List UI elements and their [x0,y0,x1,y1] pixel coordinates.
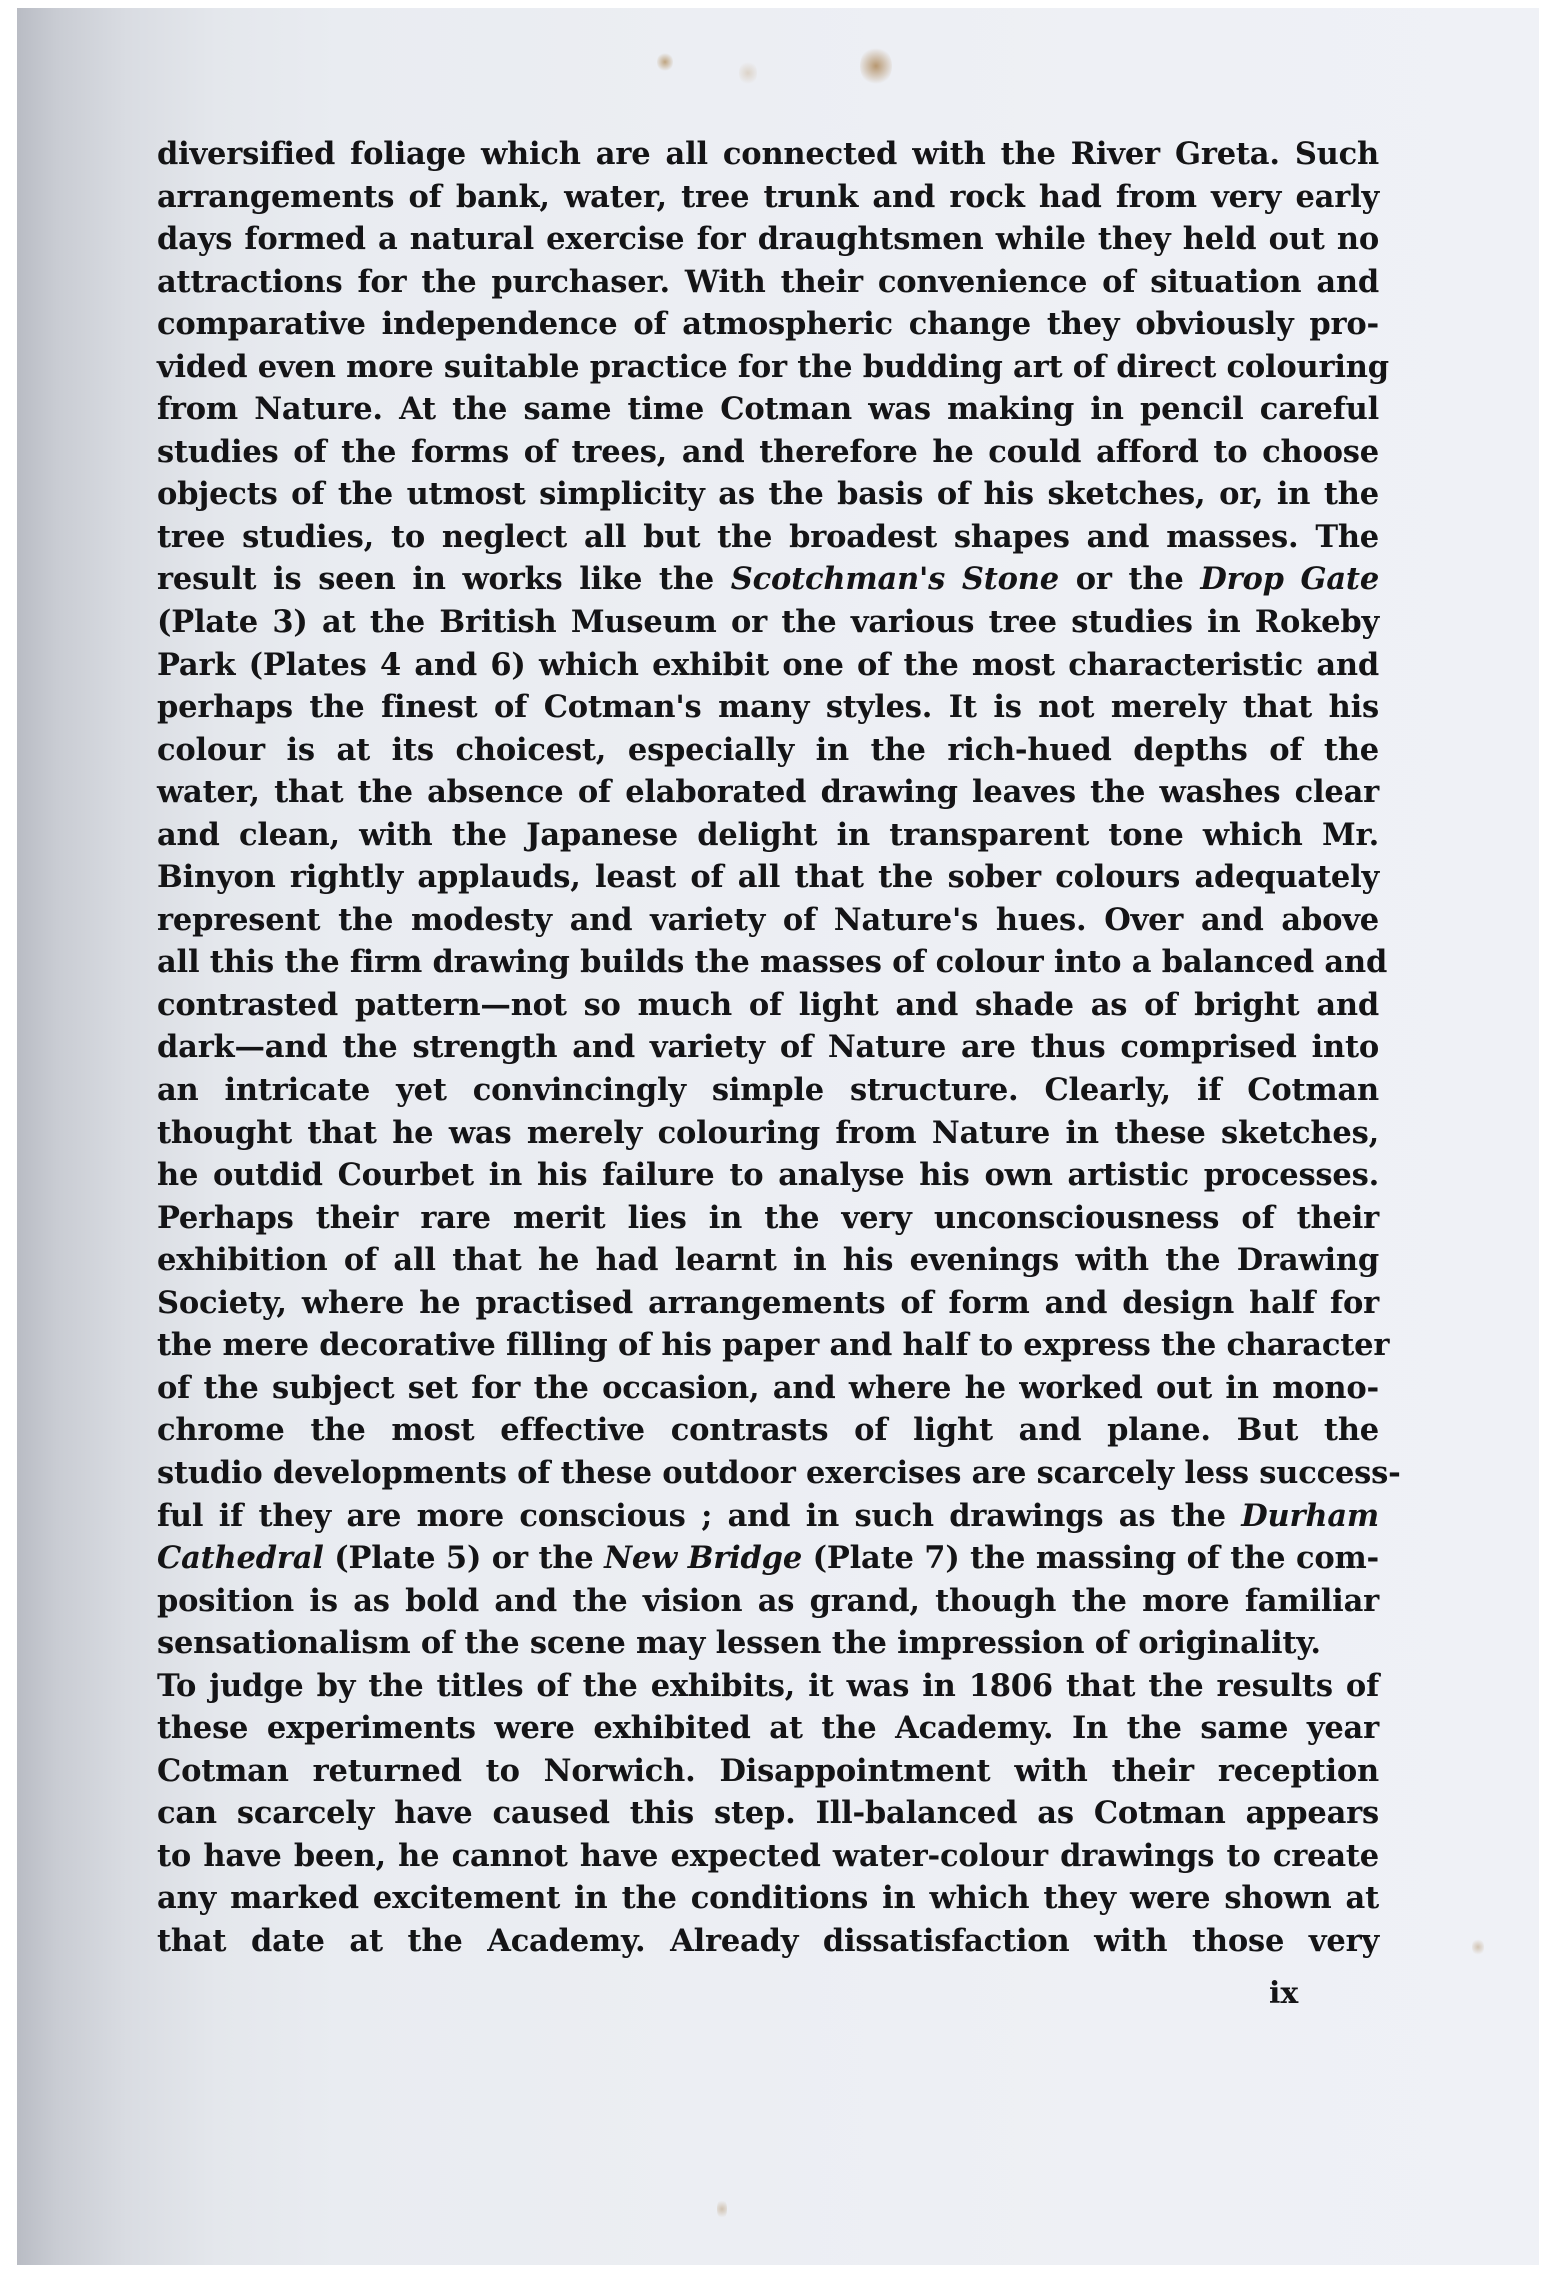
text-line: days formed a natural exercise for draug… [157,218,1379,261]
text-line: represent the modesty and variety of Nat… [157,899,1379,942]
text-segment: chrome the most effective contrasts of l… [157,1412,1379,1448]
text-line: objects of the utmost simplicity as the … [157,473,1379,516]
text-segment: of the subject set for the occasion, and… [157,1370,1379,1406]
foxing-stain [717,2198,727,2220]
page-number: ix [1269,1976,1298,2011]
text-line: Perhaps their rare merit lies in the ver… [157,1197,1379,1240]
text-segment: (Plate 5) or the [324,1540,605,1576]
text-segment: position is as bold and the vision as gr… [157,1583,1379,1619]
text-segment: attractions for the purchaser. With thei… [157,264,1379,300]
text-line: any marked excitement in the conditions … [157,1877,1379,1920]
text-segment: vided even more suitable practice for th… [157,349,1389,385]
foxing-stain [739,60,757,86]
text-line: the mere decorative filling of his paper… [157,1324,1379,1367]
text-segment: To judge by the titles of the exhibits, … [157,1668,1379,1704]
text-segment: objects of the utmost simplicity as the … [157,476,1379,512]
text-segment: contrasted pattern—not so much of light … [157,987,1379,1023]
artwork-title: Cathedral [157,1540,324,1576]
text-line: water, that the absence of elaborated dr… [157,771,1379,814]
text-line: comparative independence of atmospheric … [157,303,1379,346]
text-segment: Perhaps their rare merit lies in the ver… [157,1200,1379,1236]
text-segment: represent the modesty and variety of Nat… [157,902,1379,938]
text-line: Cotman returned to Norwich. Disappointme… [157,1750,1379,1793]
body-text: diversified foliage which are all connec… [157,133,1379,1963]
text-segment: result is seen in works like the [157,561,731,597]
text-segment: ful if they are more conscious ; and in … [157,1498,1241,1534]
text-segment: these experiments were exhibited at the … [157,1710,1379,1746]
text-segment: comparative independence of atmospheric … [157,306,1379,342]
text-segment: studies of the forms of trees, and there… [157,434,1379,470]
text-line: diversified foliage which are all connec… [157,133,1379,176]
text-line: contrasted pattern—not so much of light … [157,984,1379,1027]
text-line: arrangements of bank, water, tree trunk … [157,176,1379,219]
text-segment: diversified foliage which are all connec… [157,136,1379,172]
text-segment: he outdid Courbet in his failure to anal… [157,1157,1379,1193]
text-segment: tree studies, to neglect all but the bro… [157,519,1379,555]
text-segment: all this the firm drawing builds the mas… [157,944,1387,980]
text-segment: Society, where he practised arrangements… [157,1285,1379,1321]
text-line: colour is at its choicest, especially in… [157,729,1379,772]
text-line: ful if they are more conscious ; and in … [157,1495,1379,1538]
text-line: exhibition of all that he had learnt in … [157,1239,1379,1282]
text-line: Binyon rightly applauds, least of all th… [157,856,1379,899]
text-segment: the mere decorative filling of his paper… [157,1327,1389,1363]
text-line: vided even more suitable practice for th… [157,346,1379,389]
text-segment: perhaps the finest of Cotman's many styl… [157,689,1379,725]
text-line: sensationalism of the scene may lessen t… [157,1622,1379,1665]
text-segment: (Plate 7) the massing of the com- [802,1540,1379,1576]
text-line: he outdid Courbet in his failure to anal… [157,1154,1379,1197]
text-segment: or the [1059,561,1200,597]
text-segment: exhibition of all that he had learnt in … [157,1242,1379,1278]
text-line: dark—and the strength and variety of Nat… [157,1026,1379,1069]
text-segment: studio developments of these outdoor exe… [157,1455,1401,1491]
artwork-title: New Bridge [604,1540,802,1576]
text-line: these experiments were exhibited at the … [157,1707,1379,1750]
text-line: that date at the Academy. Already dissat… [157,1920,1379,1963]
text-line: can scarcely have caused this step. Ill-… [157,1792,1379,1835]
text-line: (Plate 3) at the British Museum or the v… [157,601,1379,644]
text-segment: can scarcely have caused this step. Ill-… [157,1795,1379,1831]
text-segment: days formed a natural exercise for draug… [157,221,1379,257]
foxing-stain [657,52,673,72]
text-segment: Cotman returned to Norwich. Disappointme… [157,1753,1379,1789]
text-segment: water, that the absence of elaborated dr… [157,774,1379,810]
text-segment: any marked excitement in the conditions … [157,1880,1379,1916]
text-segment: arrangements of bank, water, tree trunk … [157,179,1379,215]
text-segment: (Plate 3) at the British Museum or the v… [157,604,1379,640]
text-segment: an intricate yet convincingly simple str… [157,1072,1379,1108]
text-segment: and clean, with the Japanese delight in … [157,817,1379,853]
text-line: studies of the forms of trees, and there… [157,431,1379,474]
text-line: tree studies, to neglect all but the bro… [157,516,1379,559]
text-segment: dark—and the strength and variety of Nat… [157,1029,1379,1065]
artwork-title: Durham [1241,1498,1379,1534]
text-segment: sensationalism of the scene may lessen t… [157,1625,1321,1661]
text-line: attractions for the purchaser. With thei… [157,261,1379,304]
book-page: diversified foliage which are all connec… [17,8,1539,2265]
text-segment: from Nature. At the same time Cotman was… [157,391,1379,427]
text-line: and clean, with the Japanese delight in … [157,814,1379,857]
foxing-stain [1472,1938,1484,1956]
text-line: perhaps the finest of Cotman's many styl… [157,686,1379,729]
text-segment: Park (Plates 4 and 6) which exhibit one … [157,647,1379,683]
text-segment: Binyon rightly applauds, least of all th… [157,859,1379,895]
foxing-stain [860,46,892,86]
text-line: studio developments of these outdoor exe… [157,1452,1379,1495]
text-line: Cathedral (Plate 5) or the New Bridge (P… [157,1537,1379,1580]
text-segment: colour is at its choicest, especially in… [157,732,1379,768]
text-line: Society, where he practised arrangements… [157,1282,1379,1325]
text-line: result is seen in works like the Scotchm… [157,558,1379,601]
artwork-title: Scotchman's Stone [731,561,1059,597]
text-line: an intricate yet convincingly simple str… [157,1069,1379,1112]
text-line: position is as bold and the vision as gr… [157,1580,1379,1623]
text-segment: thought that he was merely colouring fro… [157,1115,1379,1151]
text-line: all this the firm drawing builds the mas… [157,941,1379,984]
artwork-title: Drop Gate [1200,561,1379,597]
text-line: of the subject set for the occasion, and… [157,1367,1379,1410]
text-line: Park (Plates 4 and 6) which exhibit one … [157,644,1379,687]
text-line: chrome the most effective contrasts of l… [157,1409,1379,1452]
text-segment: to have been, he cannot have expected wa… [157,1838,1379,1874]
text-line: To judge by the titles of the exhibits, … [157,1665,1379,1708]
text-line: to have been, he cannot have expected wa… [157,1835,1379,1878]
text-line: thought that he was merely colouring fro… [157,1112,1379,1155]
text-segment: that date at the Academy. Already dissat… [157,1923,1379,1959]
text-line: from Nature. At the same time Cotman was… [157,388,1379,431]
